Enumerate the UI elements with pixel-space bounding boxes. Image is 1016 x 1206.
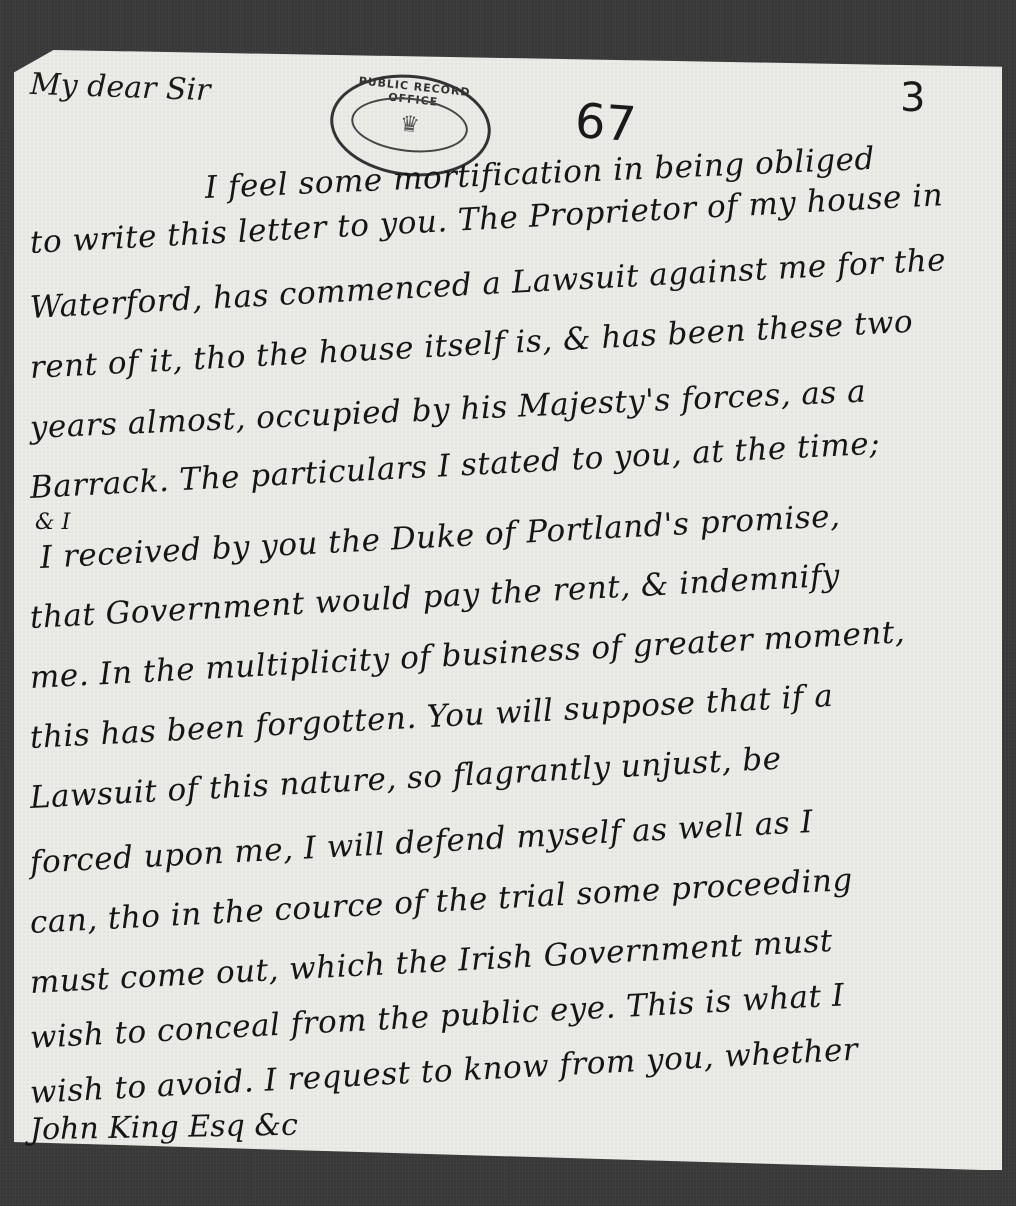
addressee-closing: John King Esq &c: [30, 1108, 298, 1148]
letter-body: I feel some mortification in being oblig…: [0, 0, 1016, 1206]
letter-line: Lawsuit of this nature, so flagrantly un…: [29, 741, 782, 816]
inserted-text: & I: [35, 510, 70, 535]
